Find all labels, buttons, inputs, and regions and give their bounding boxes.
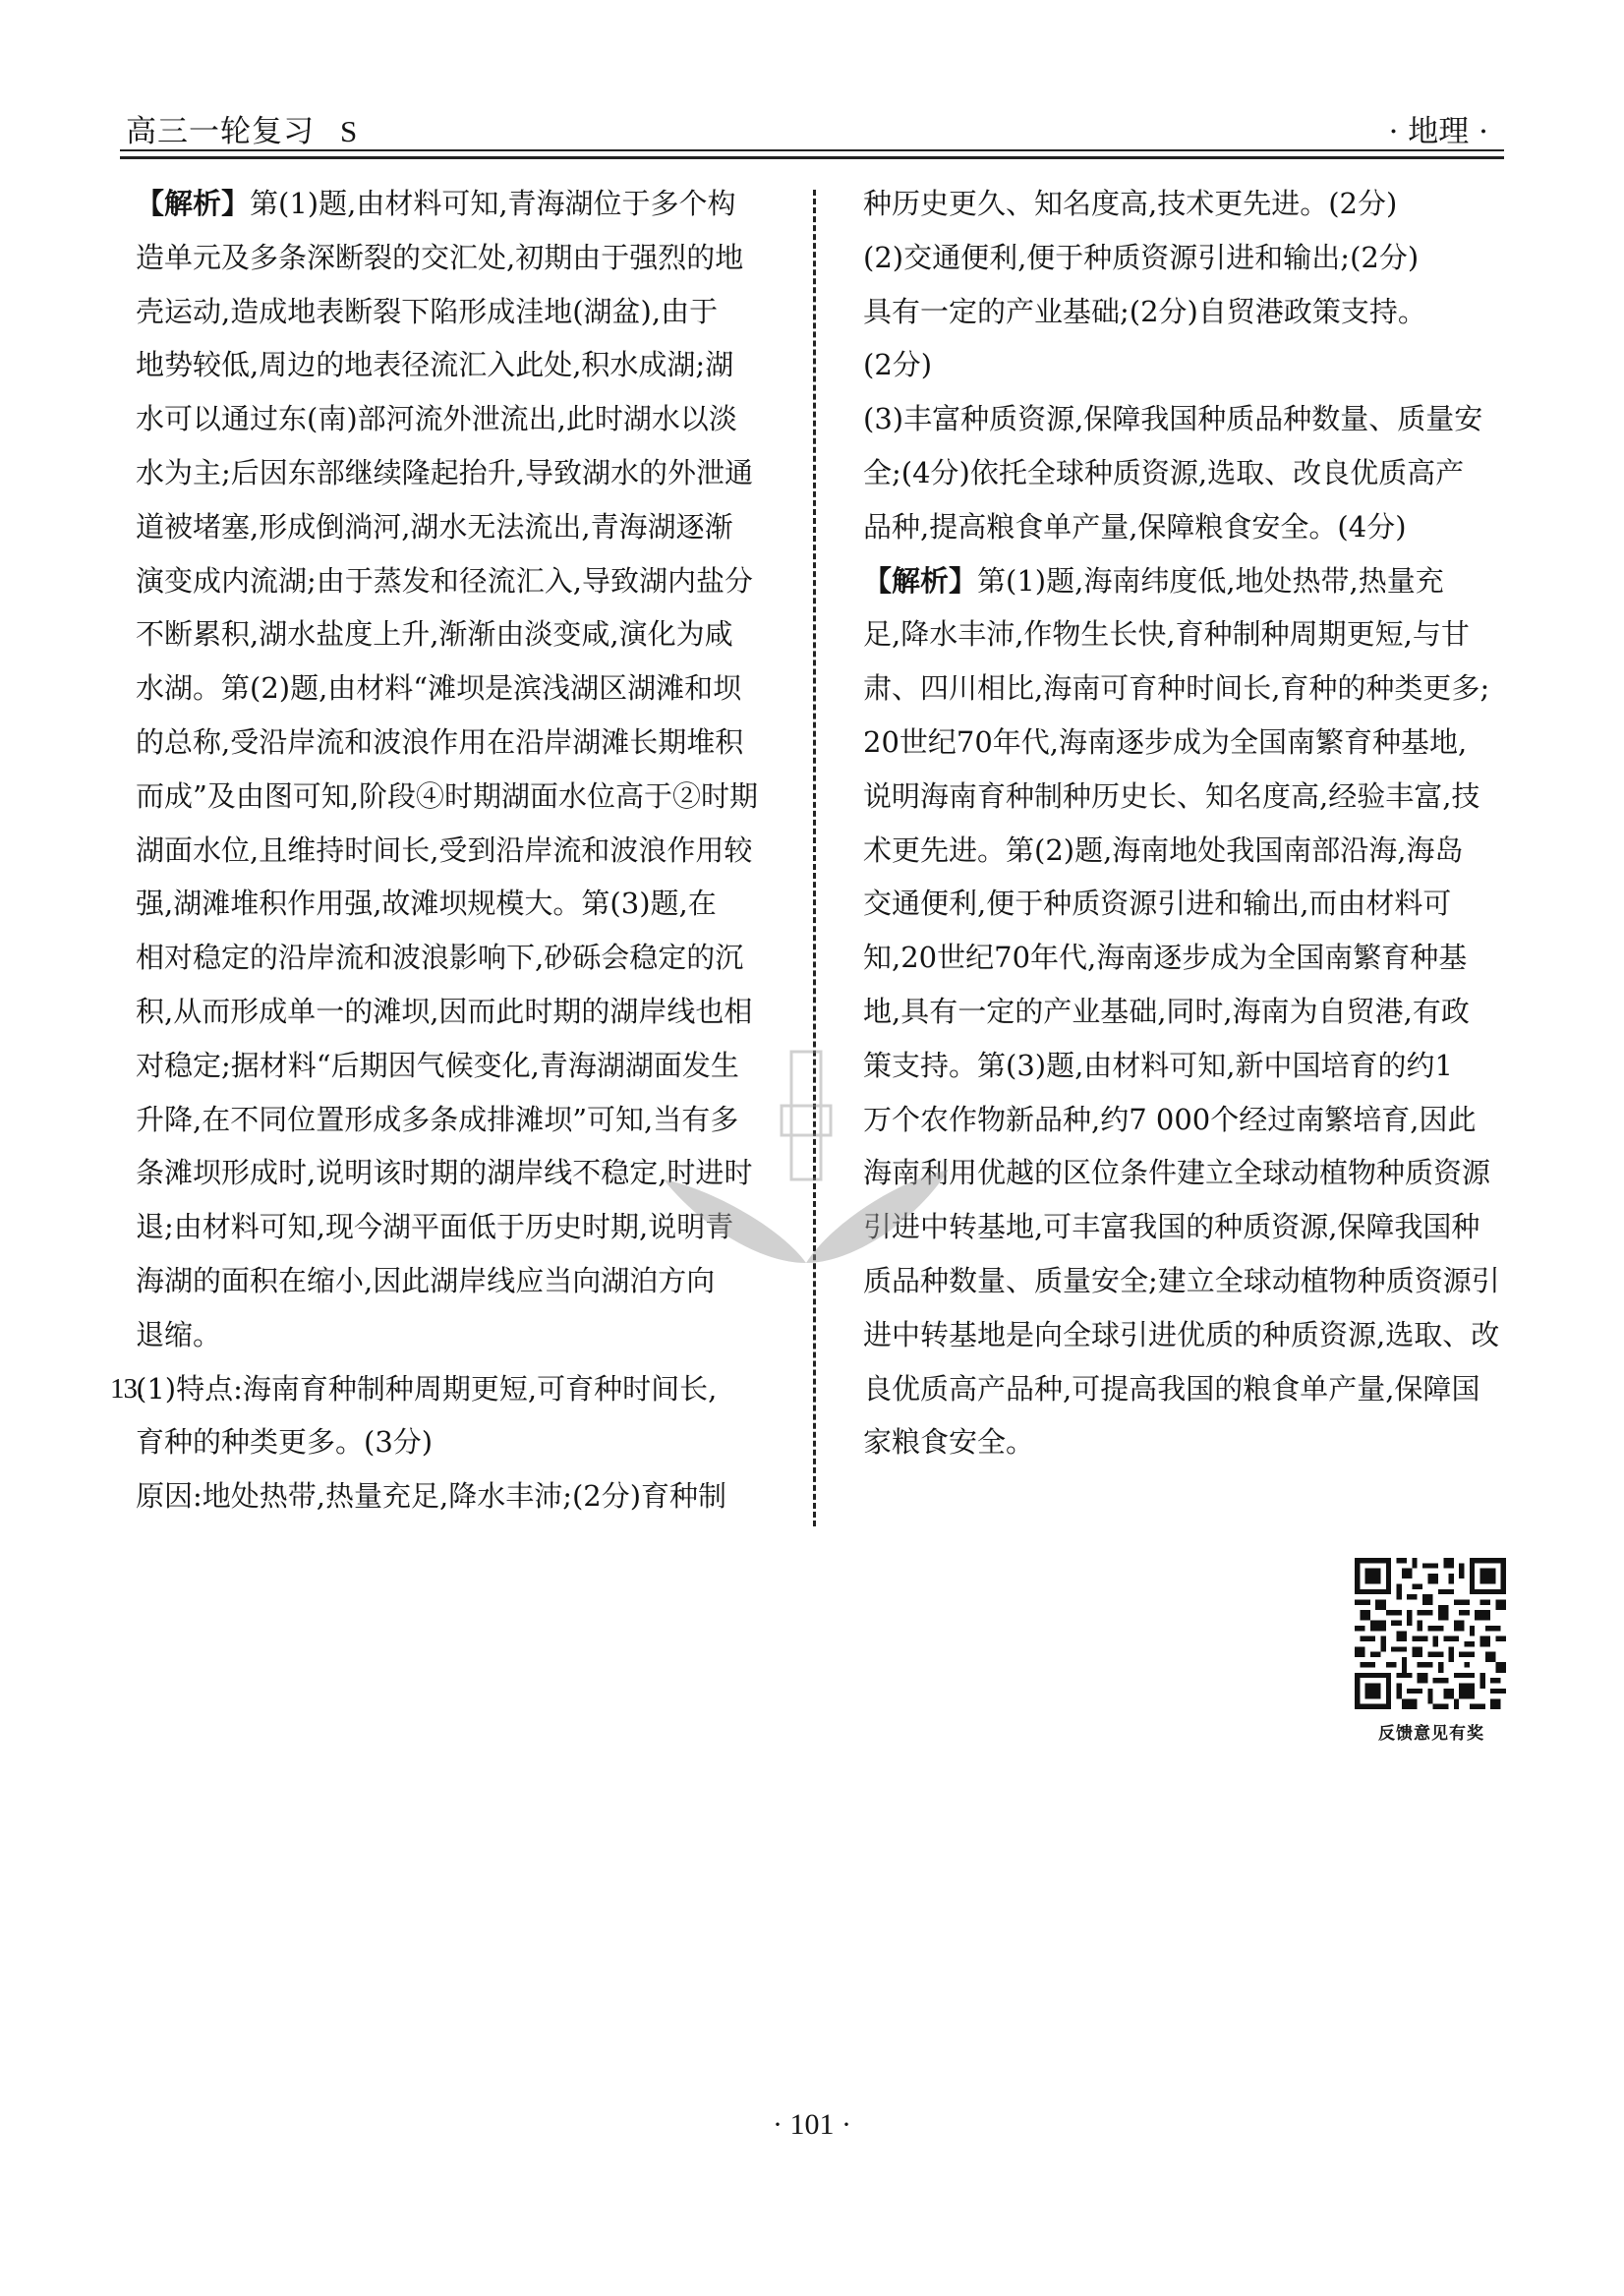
text-line: 不断累积,湖水盐度上升,渐渐由淡变咸,演化为咸 bbox=[136, 607, 804, 661]
text-line: 道被堵塞,形成倒淌河,湖水无法流出,青海湖逐渐 bbox=[136, 500, 804, 554]
line-text: 全;(4分)依托全球种质资源,选取、改良优质高产 bbox=[863, 456, 1464, 489]
line-text: 良优质高产品种,可提高我国的粮食单产量,保障国 bbox=[863, 1372, 1479, 1406]
text-line: 说明海南育种制种历史长、知名度高,经验丰富,技 bbox=[863, 770, 1512, 824]
text-line: 水为主;后因东部继续隆起抬升,导致湖水的外泄通 bbox=[136, 446, 804, 500]
text-line: 品种,提高粮食单产量,保障粮食安全。(4分) bbox=[863, 500, 1512, 554]
line-text: 家粮食安全。 bbox=[863, 1425, 1034, 1459]
question-number: 13. bbox=[110, 1362, 143, 1416]
text-line: 【解析】第(1)题,由材料可知,青海湖位于多个构 bbox=[136, 177, 804, 231]
text-line: 肃、四川相比,海南可育种时间长,育种的种类更多; bbox=[863, 661, 1512, 716]
line-text: 道被堵塞,形成倒淌河,湖水无法流出,青海湖逐渐 bbox=[136, 510, 733, 544]
line-text: (1)特点:海南育种制种周期更短,可育种时间长, bbox=[136, 1372, 717, 1406]
text-line: 相对稳定的沿岸流和波浪影响下,砂砾会稳定的沉 bbox=[136, 931, 804, 985]
line-text: 不断累积,湖水盐度上升,渐渐由淡变咸,演化为咸 bbox=[136, 617, 733, 651]
analysis-tag: 【解析】 bbox=[863, 564, 977, 598]
line-text: 原因:地处热带,热量充足,降水丰沛;(2分)育种制 bbox=[136, 1479, 726, 1513]
line-text: 壳运动,造成地表断裂下陷形成洼地(湖盆),由于 bbox=[136, 295, 718, 328]
text-line: 对稳定;据材料“后期因气候变化,青海湖湖面发生 bbox=[136, 1039, 804, 1093]
line-text: 具有一定的产业基础;(2分)自贸港政策支持。 bbox=[863, 295, 1426, 328]
line-text: (3)丰富种质资源,保障我国种质品种数量、质量安 bbox=[863, 402, 1482, 435]
text-line: 知,20世纪70年代,海南逐步成为全国南繁育种基 bbox=[863, 931, 1512, 985]
qr-code-icon[interactable] bbox=[1355, 1558, 1506, 1709]
text-line: 万个农作物新品种,约7 000个经过南繁培育,因此 bbox=[863, 1093, 1512, 1147]
text-line: 退缩。 bbox=[136, 1308, 804, 1362]
text-line: (3)丰富种质资源,保障我国种质品种数量、质量安 bbox=[863, 392, 1512, 446]
book-title-text: 高三一轮复习 bbox=[126, 114, 315, 149]
line-text: 水为主;后因东部继续隆起抬升,导致湖水的外泄通 bbox=[136, 456, 753, 489]
line-text: 万个农作物新品种,约7 000个经过南繁培育,因此 bbox=[863, 1103, 1476, 1136]
line-text: 说明海南育种制种历史长、知名度高,经验丰富,技 bbox=[863, 779, 1479, 813]
text-line: 【解析】第(1)题,海南纬度低,地处热带,热量充 bbox=[863, 554, 1512, 608]
page-number: · 101 · bbox=[0, 2108, 1624, 2142]
text-line: 水可以通过东(南)部河流外泄流出,此时湖水以淡 bbox=[136, 392, 804, 446]
line-text: 第(1)题,海南纬度低,地处热带,热量充 bbox=[977, 564, 1444, 598]
text-line: 术更先进。第(2)题,海南地处我国南部沿海,海岛 bbox=[863, 824, 1512, 878]
line-text: 造单元及多条深断裂的交汇处,初期由于强烈的地 bbox=[136, 241, 743, 274]
text-line: 良优质高产品种,可提高我国的粮食单产量,保障国 bbox=[863, 1362, 1512, 1416]
right-column: 种历史更久、知名度高,技术更先进。(2分)(2)交通便利,便于种质资源引进和输出… bbox=[863, 177, 1512, 1469]
line-text: 对稳定;据材料“后期因气候变化,青海湖湖面发生 bbox=[136, 1049, 739, 1082]
text-line: 升降,在不同位置形成多条成排滩坝”可知,当有多 bbox=[136, 1093, 804, 1147]
line-text: 知,20世纪70年代,海南逐步成为全国南繁育种基 bbox=[863, 941, 1467, 974]
text-line: (2分) bbox=[863, 338, 1512, 392]
text-line: 引进中转基地,可丰富我国的种质资源,保障我国种 bbox=[863, 1200, 1512, 1254]
text-line: 全;(4分)依托全球种质资源,选取、改良优质高产 bbox=[863, 446, 1512, 500]
analysis-tag: 【解析】 bbox=[136, 187, 250, 220]
text-line: 海湖的面积在缩小,因此湖岸线应当向湖泊方向 bbox=[136, 1254, 804, 1308]
line-text: 策支持。第(3)题,由材料可知,新中国培育的约1 bbox=[863, 1049, 1453, 1082]
line-text: 水可以通过东(南)部河流外泄流出,此时湖水以淡 bbox=[136, 402, 737, 435]
series-label: S bbox=[340, 114, 358, 148]
qr-caption: 反馈意见有奖 bbox=[1347, 1719, 1516, 1744]
line-text: 肃、四川相比,海南可育种时间长,育种的种类更多; bbox=[863, 671, 1489, 705]
line-text: 海湖的面积在缩小,因此湖岸线应当向湖泊方向 bbox=[136, 1264, 715, 1297]
text-line: 条滩坝形成时,说明该时期的湖岸线不稳定,时进时 bbox=[136, 1146, 804, 1200]
line-text: 退;由材料可知,现今湖平面低于历史时期,说明青 bbox=[136, 1210, 733, 1243]
line-text: 足,降水丰沛,作物生长快,育种制种周期更短,与甘 bbox=[863, 617, 1470, 651]
text-line: 育种的种类更多。(3分) bbox=[136, 1415, 804, 1469]
line-text: 种历史更久、知名度高,技术更先进。(2分) bbox=[863, 187, 1397, 220]
text-line: 演变成内流湖;由于蒸发和径流汇入,导致湖内盐分 bbox=[136, 554, 804, 608]
feedback-qr[interactable]: 反馈意见有奖 bbox=[1347, 1558, 1524, 1744]
line-text: 条滩坝形成时,说明该时期的湖岸线不稳定,时进时 bbox=[136, 1156, 752, 1189]
header-rule-top bbox=[120, 149, 1504, 151]
subject-label: · 地理 · bbox=[1389, 106, 1488, 150]
line-text: 演变成内流湖;由于蒸发和径流汇入,导致湖内盐分 bbox=[136, 564, 753, 598]
line-text: 地,具有一定的产业基础,同时,海南为自贸港,有政 bbox=[863, 995, 1470, 1028]
line-text: 20世纪70年代,海南逐步成为全国南繁育种基地, bbox=[863, 725, 1467, 759]
text-line: 退;由材料可知,现今湖平面低于历史时期,说明青 bbox=[136, 1200, 804, 1254]
text-line: 湖面水位,且维持时间长,受到沿岸流和波浪作用较 bbox=[136, 824, 804, 878]
text-line: 的总称,受沿岸流和波浪作用在沿岸湖滩长期堆积 bbox=[136, 716, 804, 770]
line-text: 交通便利,便于种质资源引进和输出,而由材料可 bbox=[863, 887, 1451, 920]
line-text: 退缩。 bbox=[136, 1318, 221, 1351]
text-line: 强,湖滩堆积作用强,故滩坝规模大。第(3)题,在 bbox=[136, 877, 804, 931]
text-line: 交通便利,便于种质资源引进和输出,而由材料可 bbox=[863, 877, 1512, 931]
text-line: 种历史更久、知名度高,技术更先进。(2分) bbox=[863, 177, 1512, 231]
left-column: 【解析】第(1)题,由材料可知,青海湖位于多个构造单元及多条深断裂的交汇处,初期… bbox=[136, 177, 804, 1523]
line-text: 术更先进。第(2)题,海南地处我国南部沿海,海岛 bbox=[863, 833, 1464, 867]
book-title: 高三一轮复习S bbox=[126, 106, 358, 150]
text-line: 策支持。第(3)题,由材料可知,新中国培育的约1 bbox=[863, 1039, 1512, 1093]
text-line: 海南利用优越的区位条件建立全球动植物种质资源 bbox=[863, 1146, 1512, 1200]
line-text: 水湖。第(2)题,由材料“滩坝是滨浅湖区湖滩和坝 bbox=[136, 671, 741, 705]
line-text: 第(1)题,由材料可知,青海湖位于多个构 bbox=[250, 187, 736, 220]
line-text: (2分) bbox=[863, 348, 932, 381]
text-line: 13.(1)特点:海南育种制种周期更短,可育种时间长, bbox=[136, 1362, 804, 1416]
line-text: 品种,提高粮食单产量,保障粮食安全。(4分) bbox=[863, 510, 1407, 544]
text-line: 地势较低,周边的地表径流汇入此处,积水成湖;湖 bbox=[136, 338, 804, 392]
text-line: 积,从而形成单一的滩坝,因而此时期的湖岸线也相 bbox=[136, 985, 804, 1039]
text-line: 水湖。第(2)题,由材料“滩坝是滨浅湖区湖滩和坝 bbox=[136, 661, 804, 716]
header-rule-bottom bbox=[120, 156, 1504, 159]
text-line: 壳运动,造成地表断裂下陷形成洼地(湖盆),由于 bbox=[136, 285, 804, 339]
text-line: 家粮食安全。 bbox=[863, 1415, 1512, 1469]
line-text: 海南利用优越的区位条件建立全球动植物种质资源 bbox=[863, 1156, 1490, 1189]
line-text: 质品种数量、质量安全;建立全球动植物种质资源引 bbox=[863, 1264, 1500, 1297]
line-text: 升降,在不同位置形成多条成排滩坝”可知,当有多 bbox=[136, 1103, 738, 1136]
line-text: 积,从而形成单一的滩坝,因而此时期的湖岸线也相 bbox=[136, 995, 752, 1028]
line-text: 湖面水位,且维持时间长,受到沿岸流和波浪作用较 bbox=[136, 833, 752, 867]
text-line: 而成”及由图可知,阶段④时期湖面水位高于②时期 bbox=[136, 770, 804, 824]
line-text: 地势较低,周边的地表径流汇入此处,积水成湖;湖 bbox=[136, 348, 733, 381]
text-line: 具有一定的产业基础;(2分)自贸港政策支持。 bbox=[863, 285, 1512, 339]
text-line: (2)交通便利,便于种质资源引进和输出;(2分) bbox=[863, 231, 1512, 285]
text-line: 原因:地处热带,热量充足,降水丰沛;(2分)育种制 bbox=[136, 1469, 804, 1523]
line-text: 进中转基地是向全球引进优质的种质资源,选取、改 bbox=[863, 1318, 1499, 1351]
line-text: 强,湖滩堆积作用强,故滩坝规模大。第(3)题,在 bbox=[136, 887, 717, 920]
line-text: (2)交通便利,便于种质资源引进和输出;(2分) bbox=[863, 241, 1419, 274]
text-line: 20世纪70年代,海南逐步成为全国南繁育种基地, bbox=[863, 716, 1512, 770]
text-line: 地,具有一定的产业基础,同时,海南为自贸港,有政 bbox=[863, 985, 1512, 1039]
line-text: 相对稳定的沿岸流和波浪影响下,砂砾会稳定的沉 bbox=[136, 941, 743, 974]
line-text: 育种的种类更多。(3分) bbox=[136, 1425, 433, 1459]
text-line: 质品种数量、质量安全;建立全球动植物种质资源引 bbox=[863, 1254, 1512, 1308]
line-text: 而成”及由图可知,阶段④时期湖面水位高于②时期 bbox=[136, 779, 758, 813]
text-line: 进中转基地是向全球引进优质的种质资源,选取、改 bbox=[863, 1308, 1512, 1362]
text-line: 造单元及多条深断裂的交汇处,初期由于强烈的地 bbox=[136, 231, 804, 285]
line-text: 的总称,受沿岸流和波浪作用在沿岸湖滩长期堆积 bbox=[136, 725, 743, 759]
column-divider bbox=[813, 190, 816, 1526]
text-line: 足,降水丰沛,作物生长快,育种制种周期更短,与甘 bbox=[863, 607, 1512, 661]
page-header: 高三一轮复习S · 地理 · bbox=[120, 102, 1504, 161]
line-text: 引进中转基地,可丰富我国的种质资源,保障我国种 bbox=[863, 1210, 1479, 1243]
